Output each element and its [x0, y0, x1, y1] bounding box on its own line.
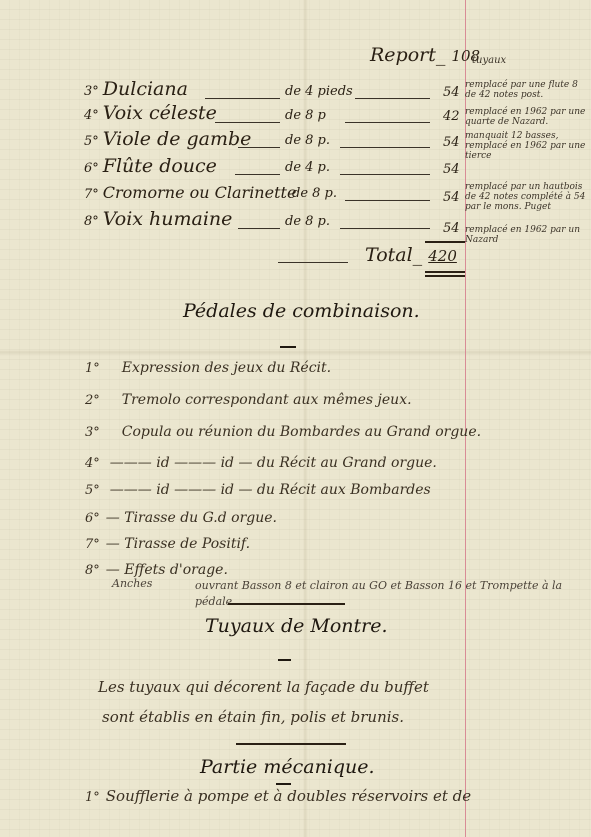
montre-text-line2: sont établis en étain fin, polis et brun…	[102, 708, 404, 726]
stop-name: Cromorne ou Clarinette	[103, 183, 297, 202]
stop-pipes: 54	[443, 135, 460, 150]
montre-text-line1: Les tuyaux qui décorent la façade du buf…	[98, 678, 429, 696]
leader-line	[205, 98, 280, 99]
item-number: 4°	[85, 456, 100, 471]
mecanique-item: 1°Soufflerie à pompe et à doubles réserv…	[85, 787, 471, 805]
pedale-item: 7°— Tirasse de Positif.	[85, 536, 250, 552]
item-number: 3°	[85, 425, 100, 440]
section-dash	[280, 346, 296, 348]
pedale-item: 8°— Effets d'orage.	[85, 562, 228, 578]
report-label-text: Report_	[370, 44, 445, 66]
section-dash	[276, 783, 291, 785]
leader-line	[340, 174, 430, 175]
pedale-item: 3°Copula ou réunion du Bombardes au Gran…	[85, 424, 481, 440]
stop-pipes: 42	[443, 109, 460, 124]
stop-note: remplacé par un hautbois de 42 notes com…	[465, 182, 589, 212]
pencil-annotation-left: Anches	[112, 579, 152, 589]
stop-size: de 8 p.	[292, 186, 337, 201]
stop-row: 5°Viole de gambe	[84, 128, 251, 150]
item-number: 5°	[85, 483, 100, 498]
item-number: 8°	[85, 563, 100, 578]
stop-row: 4°Voix céleste	[84, 102, 217, 124]
stop-size: de 8 p	[285, 108, 326, 123]
stop-size: de 4 pieds	[285, 84, 353, 99]
item-number: 2°	[85, 393, 100, 408]
stop-note: remplacé par une flute 8 de 42 notes pos…	[465, 80, 589, 100]
stop-number: 3°	[84, 84, 99, 99]
stop-note: manquait 12 basses, remplacé en 1962 par…	[465, 131, 589, 161]
stop-number: 7°	[84, 187, 99, 202]
item-text: — Tirasse de Positif.	[106, 536, 250, 552]
item-number: 1°	[85, 361, 100, 376]
stop-number: 4°	[84, 108, 99, 123]
stop-size: de 4 p.	[285, 160, 330, 175]
item-text: Copula ou réunion du Bombardes au Grand …	[122, 424, 481, 440]
item-number: 7°	[85, 537, 100, 552]
section-title-mecanique: Partie mécanique.	[200, 756, 375, 778]
item-text: Tremolo correspondant aux mêmes jeux.	[122, 392, 412, 408]
leader-line	[238, 228, 280, 229]
total-value: 420	[428, 247, 457, 265]
leader-line	[340, 147, 430, 148]
stop-name: Flûte douce	[103, 155, 217, 177]
stop-size: de 8 p.	[285, 133, 330, 148]
item-text: Expression des jeux du Récit.	[122, 360, 331, 376]
stop-name: Viole de gambe	[103, 128, 252, 150]
leader-line	[355, 98, 430, 99]
pedale-item: 2°Tremolo correspondant aux mêmes jeux.	[85, 392, 412, 408]
pencil-annotation-right: ouvrant Basson 8 et clairon au GO et Bas…	[195, 578, 565, 610]
stop-number: 8°	[84, 214, 99, 229]
pedale-item: 6°— Tirasse du G.d orgue.	[85, 510, 277, 526]
report-unit: tuyaux	[472, 56, 506, 66]
stop-note: remplacé en 1962 par un Nazard	[465, 225, 589, 245]
stop-row: 6°Flûte douce	[84, 155, 217, 177]
leader-line	[345, 200, 430, 201]
stop-name: Dulciana	[103, 78, 188, 100]
leader-line	[238, 147, 280, 148]
stop-pipes: 54	[443, 190, 460, 205]
section-dash	[278, 659, 291, 661]
total-row: Total_ 420	[365, 244, 457, 266]
pedale-item: 5°——— id ——— id — du Récit aux Bombardes	[85, 482, 431, 498]
stop-note: remplacé en 1962 par une quarte de Nazar…	[465, 107, 589, 127]
double-underline-bottom	[425, 275, 465, 277]
stop-size: de 8 p.	[285, 214, 330, 229]
leader-line	[235, 174, 280, 175]
item-text: — Tirasse du G.d orgue.	[106, 510, 277, 526]
section-title-pedales: Pédales de combinaison.	[183, 300, 420, 322]
section-title-montre: Tuyaux de Montre.	[205, 615, 388, 637]
pedale-item: 4°——— id ——— id — du Récit au Grand orgu…	[85, 455, 437, 471]
stop-pipes: 54	[443, 162, 460, 177]
leader-line	[340, 228, 430, 229]
stop-number: 5°	[84, 134, 99, 149]
total-label: Total_	[365, 244, 422, 266]
section-rule	[236, 743, 346, 745]
stop-row: 8°Voix humaine	[84, 208, 232, 230]
double-underline-top	[425, 271, 465, 273]
stop-row: 7°Cromorne ou Clarinette	[84, 181, 296, 203]
stop-number: 6°	[84, 161, 99, 176]
sum-rule	[425, 241, 465, 243]
leader-line	[345, 122, 430, 123]
leader-line	[278, 262, 348, 263]
item-text: ——— id ——— id — du Récit aux Bombardes	[110, 482, 431, 498]
stop-pipes: 54	[443, 85, 460, 100]
stop-pipes: 54	[443, 221, 460, 236]
item-number: 6°	[85, 511, 100, 526]
item-text: — Effets d'orage.	[106, 562, 228, 578]
report-label: Report_ 108	[370, 44, 480, 66]
pedale-item: 1°Expression des jeux du Récit.	[85, 360, 331, 376]
leader-line	[215, 122, 280, 123]
stop-name: Voix céleste	[103, 102, 217, 124]
section-rule	[228, 603, 345, 605]
item-number: 1°	[85, 790, 100, 805]
stop-row: 3°Dulciana	[84, 78, 188, 100]
stop-name: Voix humaine	[103, 208, 233, 230]
item-text: ——— id ——— id — du Récit au Grand orgue.	[110, 455, 437, 471]
item-text: Soufflerie à pompe et à doubles réservoi…	[106, 787, 471, 805]
